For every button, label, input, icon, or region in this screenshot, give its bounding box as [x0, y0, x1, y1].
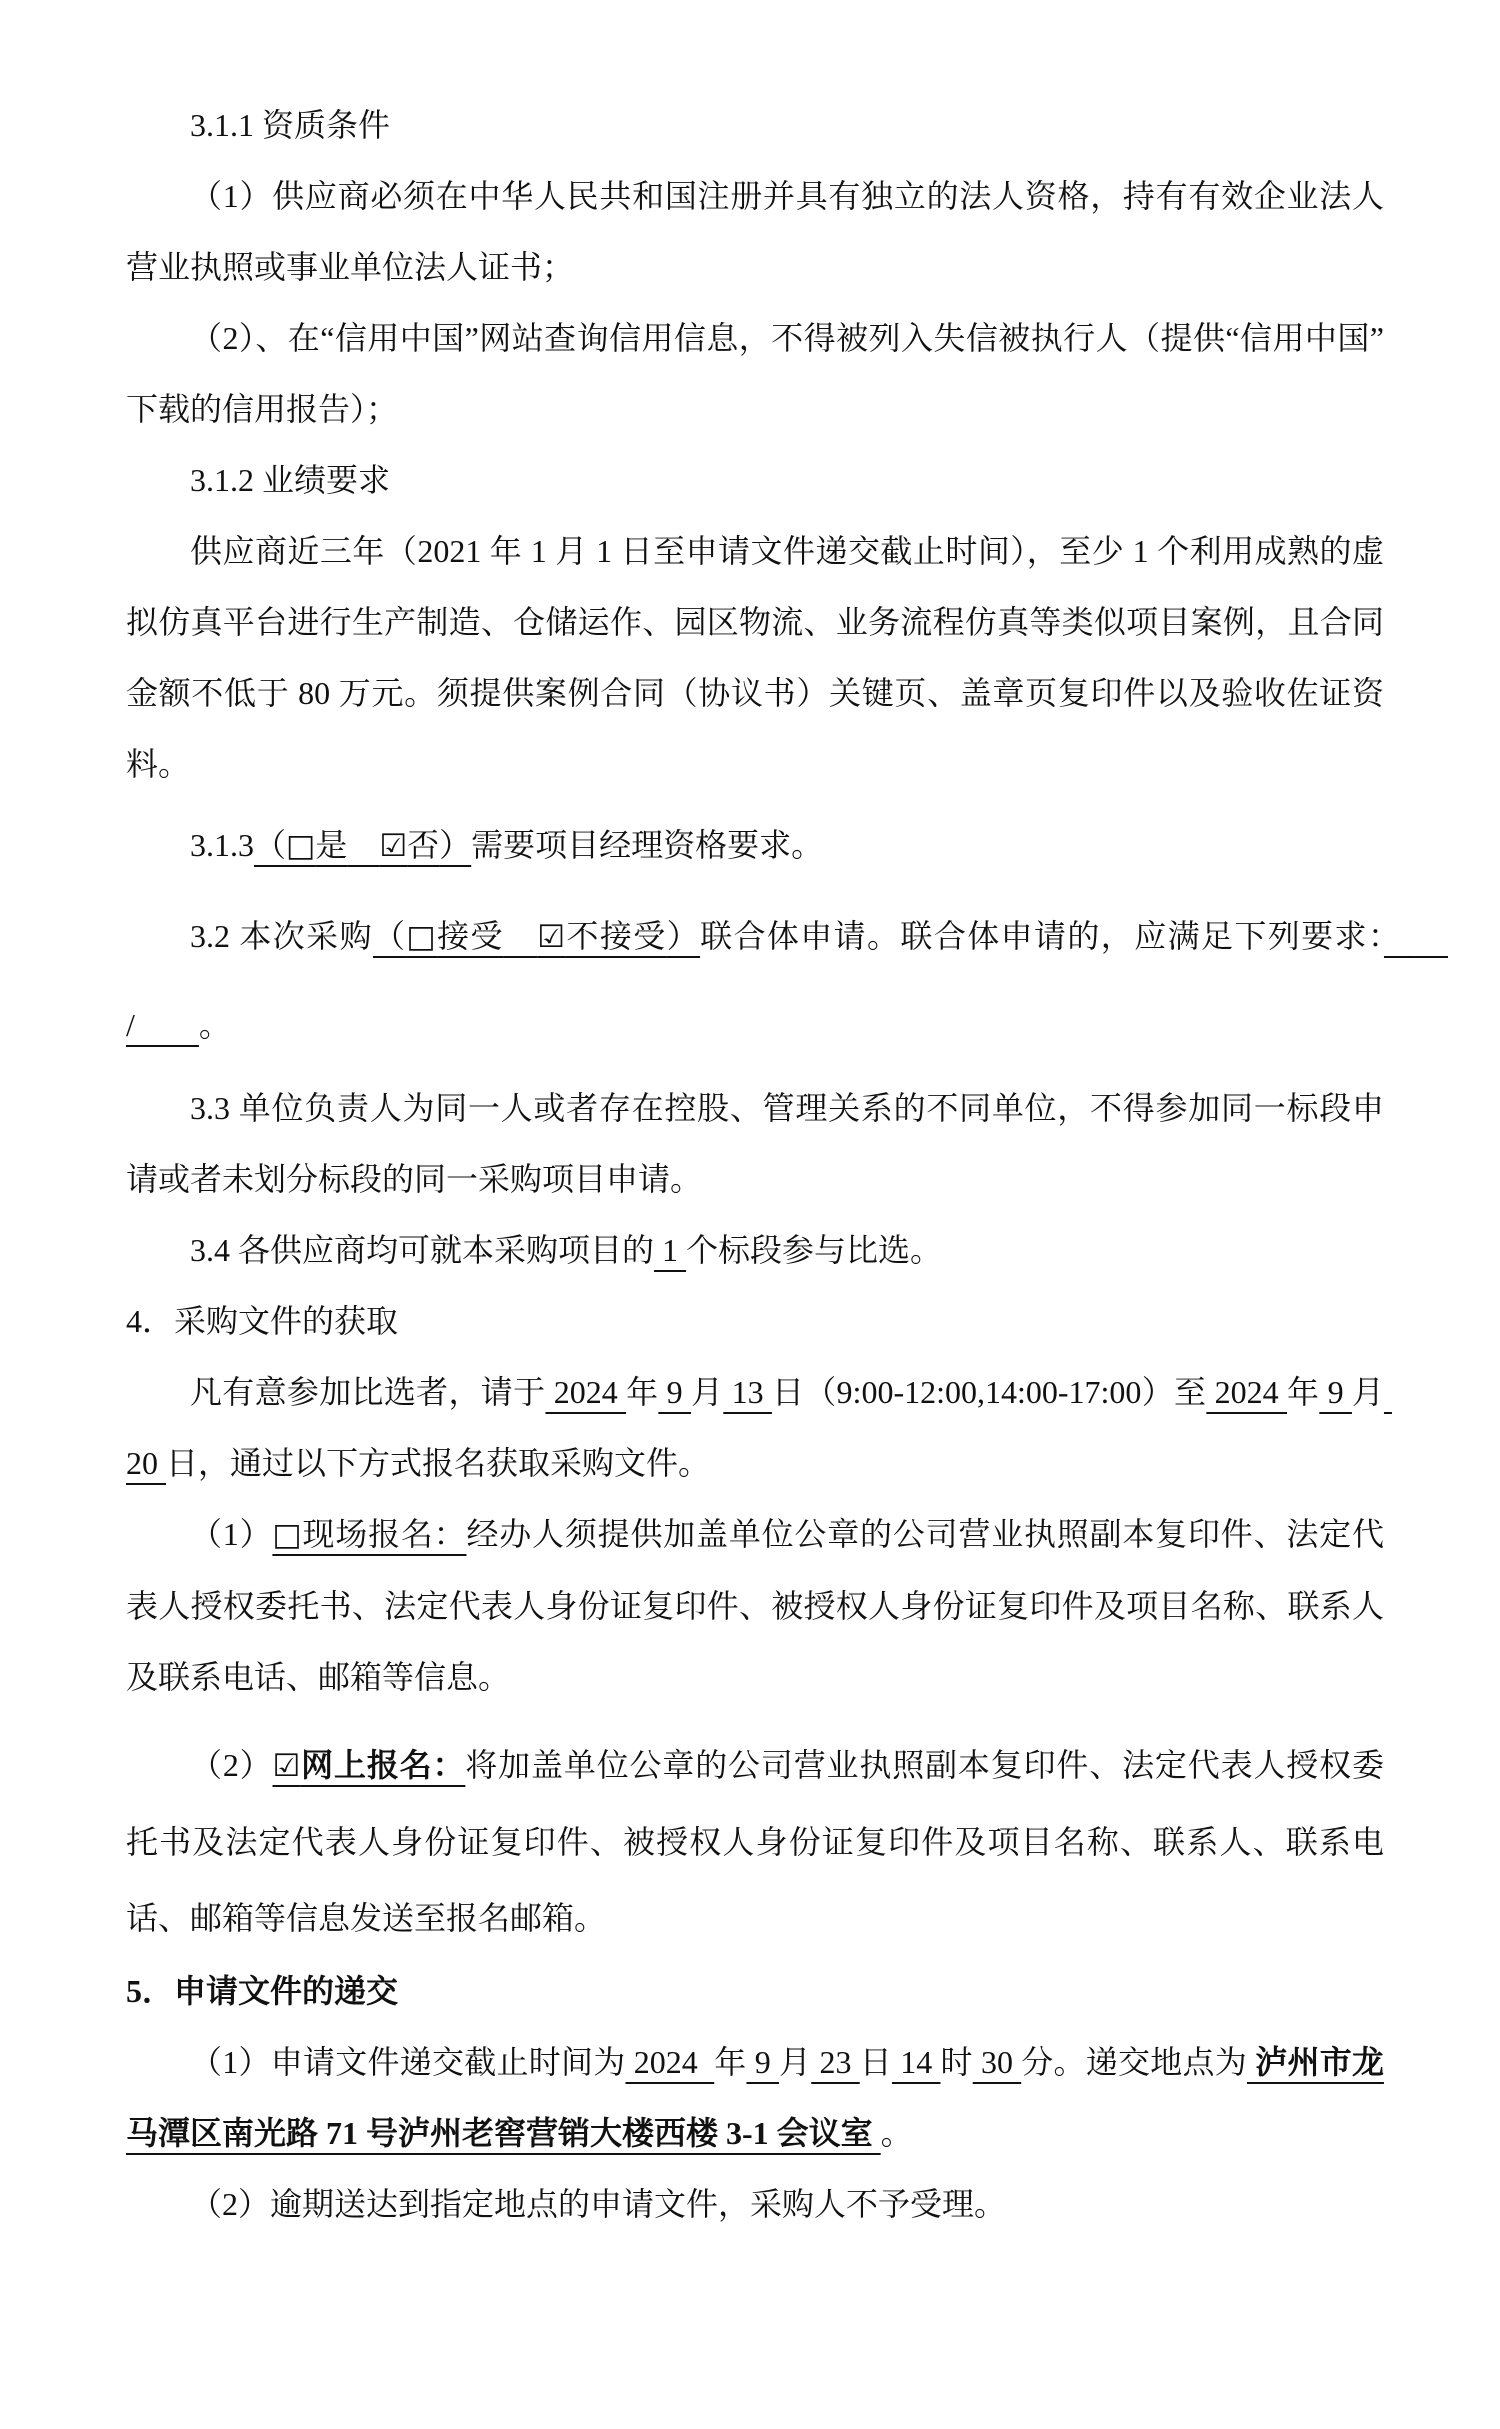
para-onsite-registration: （1）□现场报名：经办人须提供加盖单位公章的公司营业执照副本复印件、法定代表人授…: [126, 1499, 1384, 1713]
text-run: 3.3 单位负责人为同一人或者存在控股、管理关系的不同单位，不得参加同一标段申请…: [126, 1090, 1384, 1197]
para-obtain-documents-time: 凡有意参加比选者，请于 2024 年 9 月 13 日（9:00-12:00,1…: [126, 1357, 1384, 1499]
text-run: 月: [1352, 1374, 1384, 1410]
para-submission-deadline: （1）申请文件递交截止时间为 2024 年 9 月 23 日 14 时 30 分…: [126, 2027, 1384, 2169]
document-page: 3.1.1 资质条件（1）供应商必须在中华人民共和国注册并具有独立的法人资格，持…: [0, 0, 1500, 2429]
heading-3-1-2: 3.1.2 业绩要求: [126, 445, 1384, 516]
text-run: [347, 827, 379, 863]
text-run: 9: [658, 1374, 691, 1410]
heading-5-submission: 5．申请文件的递交: [126, 1956, 1384, 2027]
para-3-2-consortium: 3.2 本次采购（□接受 ☑不接受）联合体申请。联合体申请的，应满足下列要求： …: [126, 892, 1384, 1069]
text-run: 30: [973, 2044, 1022, 2080]
text-run: 日: [860, 2044, 892, 2080]
text-run: 供应商近三年（2021 年 1 月 1 日至申请文件递交截止时间），至少 1 个…: [126, 533, 1384, 782]
text-run: （: [254, 827, 286, 863]
document-body: 3.1.1 资质条件（1）供应商必须在中华人民共和国注册并具有独立的法人资格，持…: [126, 90, 1384, 2240]
checkbox-checked-icon: ☑: [379, 828, 407, 864]
text-run: 3.1.1 资质条件: [190, 107, 390, 143]
text-run: 否: [407, 827, 439, 863]
heading-3-1-1: 3.1.1 资质条件: [126, 90, 1384, 161]
text-run: 13: [723, 1374, 772, 1410]
text-run: 年: [714, 2044, 746, 2080]
text-run: 。: [199, 1007, 231, 1043]
text-run: 接受: [437, 918, 504, 954]
text-run: 23: [811, 2044, 860, 2080]
checkbox-checked-icon: ☑: [273, 1748, 301, 1784]
para-3-1-3-project-manager: 3.1.3（□是 ☑否）需要项目经理资格要求。: [126, 810, 1384, 882]
para-online-registration: （2）☑网上报名：将加盖单位公章的公司营业执照副本复印件、法定代表人授权委托书及…: [126, 1727, 1384, 1956]
text-run: 月: [691, 1374, 723, 1410]
text-run: 2024: [1206, 1374, 1287, 1410]
text-run: [504, 918, 537, 954]
text-run: 日（9:00-12:00,14:00-17:00）至: [772, 1374, 1206, 1410]
text-run: （2）、在“信用中国”网站查询信用信息，不得被列入失信被执行人（提供“信用中国”…: [126, 320, 1384, 427]
text-run: 14: [892, 2044, 941, 2080]
checkbox-unchecked-icon: □: [406, 919, 437, 955]
text-run: 分。递交地点为: [1021, 2044, 1247, 2080]
text-run: 年: [626, 1374, 658, 1410]
para-3-3-same-controller: 3.3 单位负责人为同一人或者存在控股、管理关系的不同单位，不得参加同一标段申请…: [126, 1073, 1384, 1215]
para-late-submission: （2）逾期送达到指定地点的申请文件，采购人不予受理。: [126, 2169, 1384, 2240]
text-run: 网上报名：: [300, 1747, 465, 1783]
text-run: 不接受: [565, 918, 667, 954]
text-run: 日，通过以下方式报名获取采购文件。: [166, 1445, 710, 1481]
checkbox-checked-icon: ☑: [537, 919, 565, 955]
text-run: （2）: [190, 1747, 273, 1783]
para-credit-china: （2）、在“信用中国”网站查询信用信息，不得被列入失信被执行人（提供“信用中国”…: [126, 303, 1384, 445]
text-run: 个标段参与比选。: [686, 1232, 942, 1268]
para-3-4-lot-participation: 3.4 各供应商均可就本采购项目的 1 个标段参与比选。: [126, 1215, 1384, 1286]
text-run: 联合体申请。联合体申请的，应满足下列要求：: [700, 918, 1384, 954]
para-performance-requirement: 供应商近三年（2021 年 1 月 1 日至申请文件递交截止时间），至少 1 个…: [126, 516, 1384, 800]
heading-4-obtain-documents: 4．采购文件的获取: [126, 1286, 1384, 1357]
text-run: 3.1.2 业绩要求: [190, 462, 390, 498]
text-run: 9: [1319, 1374, 1352, 1410]
text-run: 是: [315, 827, 347, 863]
text-run: 5．申请文件的递交: [126, 1973, 398, 2009]
text-run: 。: [881, 2115, 913, 2151]
text-run: 2024: [625, 2044, 714, 2080]
text-run: 凡有意参加比选者，请于: [190, 1374, 545, 1410]
text-run: （1）申请文件递交截止时间为: [190, 2044, 625, 2080]
checkbox-unchecked-icon: □: [286, 828, 315, 864]
text-run: （1）: [190, 1516, 272, 1552]
text-run: 2024: [545, 1374, 626, 1410]
text-run: 时: [940, 2044, 972, 2080]
text-run: 年: [1287, 1374, 1319, 1410]
text-run: 9: [746, 2044, 779, 2080]
checkbox-unchecked-icon: □: [272, 1517, 302, 1553]
text-run: ）: [439, 827, 471, 863]
text-run: （: [373, 918, 406, 954]
text-run: 3.1.3: [190, 827, 254, 863]
text-run: 需要项目经理资格要求。: [471, 827, 823, 863]
text-run: 3.4 各供应商均可就本采购项目的: [190, 1232, 654, 1268]
text-run: 现场报名：: [302, 1516, 466, 1552]
text-run: （2）逾期送达到指定地点的申请文件，采购人不予受理。: [190, 2186, 1006, 2222]
text-run: 3.2 本次采购: [190, 918, 373, 954]
text-run: ）: [667, 918, 700, 954]
para-supplier-qualification: （1）供应商必须在中华人民共和国注册并具有独立的法人资格，持有有效企业法人营业执…: [126, 161, 1384, 303]
text-run: 4．采购文件的获取: [126, 1303, 398, 1339]
text-run: 1: [654, 1232, 686, 1268]
text-run: （1）供应商必须在中华人民共和国注册并具有独立的法人资格，持有有效企业法人营业执…: [126, 178, 1384, 285]
text-run: 月: [779, 2044, 811, 2080]
